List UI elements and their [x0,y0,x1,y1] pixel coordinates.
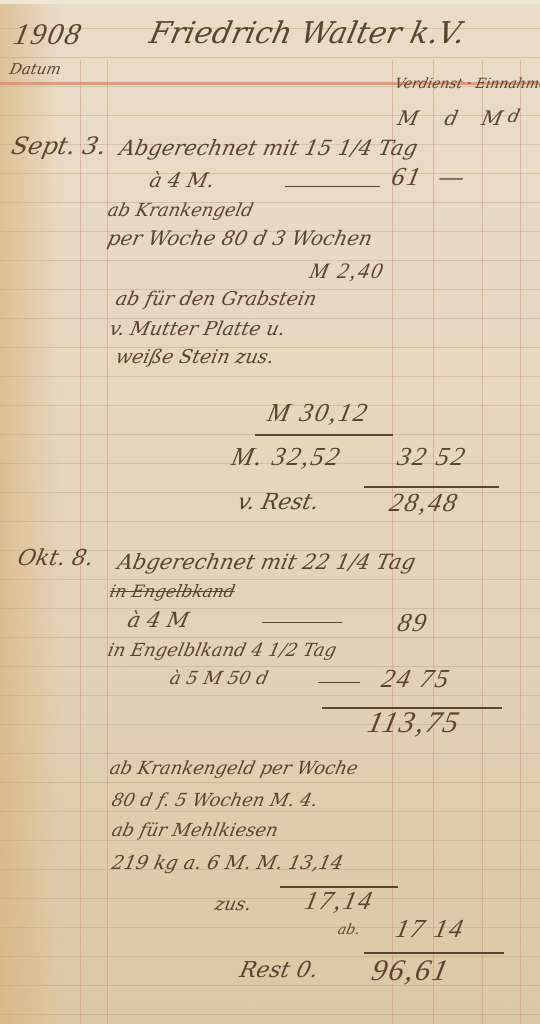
entry1-line: ab Krankengeld [106,200,255,221]
entry2-line: ab für Mehlkiesen [110,820,280,841]
sum-line [255,434,393,436]
flourish-line [318,682,360,683]
entry1-deduct: 32 52 [395,442,470,472]
entry2-line: 219 kg a. 6 M. M. 13,14 [110,852,346,874]
entry2-zus-value: 17,14 [302,886,377,916]
flourish-line [285,186,380,187]
date-column-header: Datum [8,60,63,78]
account-name: Friedrich Walter k.V. [146,16,468,51]
text-column-rule [107,60,108,1024]
entry1-line: v. Mutter Platte u. [108,318,288,340]
entry2-line: ab Krankengeld per Woche [108,758,360,779]
unit-pf: d [442,106,460,130]
entry2-line: à 4 M [125,608,191,632]
entry1-line: weiße Stein zus. [114,346,277,368]
unit-mark: M [395,106,421,130]
entry2-struck-line: in Engelbkand [108,582,237,602]
entry1-subtotal2: M. 32,52 [229,442,345,472]
entry2-ab-label: ab. [336,922,361,938]
entry2-rest-label: Rest 0. [237,958,320,983]
entry1-amount: 61 [389,162,425,192]
entry1-value: M 2,40 [307,258,387,284]
entry1-pf: — [437,162,469,192]
amount-column-header: Verdienst · Einnahme [393,76,540,92]
amount2-column-rule [482,60,483,1024]
year: 1908 [10,18,85,52]
page-top-edge [0,0,540,4]
entry2-zus-label: zus. [213,894,254,915]
entry2-ab-value: 17 14 [393,914,468,944]
entry1-subtotal1: M 30,12 [265,398,372,428]
entry2-total: 113,75 [364,706,464,740]
entry1-rest-value: 28,48 [387,488,462,518]
entry2-line: Abgerechnet mit 22 1/4 Tag [115,550,417,574]
entry1-rest-label: v. Rest. [235,490,321,515]
entry2-date: Okt. 8. [15,546,96,571]
flourish-line [262,622,342,623]
pfennig-column-rule [433,60,434,1024]
entry2-line: in Engelblkand 4 1/2 Tag [106,640,339,661]
entry2-rest-value: 96,61 [368,954,453,988]
entry1-line: per Woche 80 d 3 Wochen [105,226,374,250]
amount-column-rule [392,60,393,1024]
entry1-date: Sept. 3. [9,132,109,160]
unit-mark-2: M [479,106,505,130]
entry2-amount2: 24 75 [379,664,454,694]
entry2-line: 80 d f. 5 Wochen M. 4. [110,790,320,811]
pfennig2-column-rule [520,60,521,1024]
entry1-line: Abgerechnet mit 15 1/4 Tag [117,136,419,160]
entry2-amount: 89 [395,608,431,638]
entry2-line: à 5 M 50 d [168,668,270,689]
date-column-rule [80,60,81,1024]
entry1-line: à 4 M. [147,168,216,192]
ledger-page: 1908 Friedrich Walter k.V. Datum Verdien… [0,0,540,1024]
entry1-line: ab für den Grabstein [114,288,319,310]
